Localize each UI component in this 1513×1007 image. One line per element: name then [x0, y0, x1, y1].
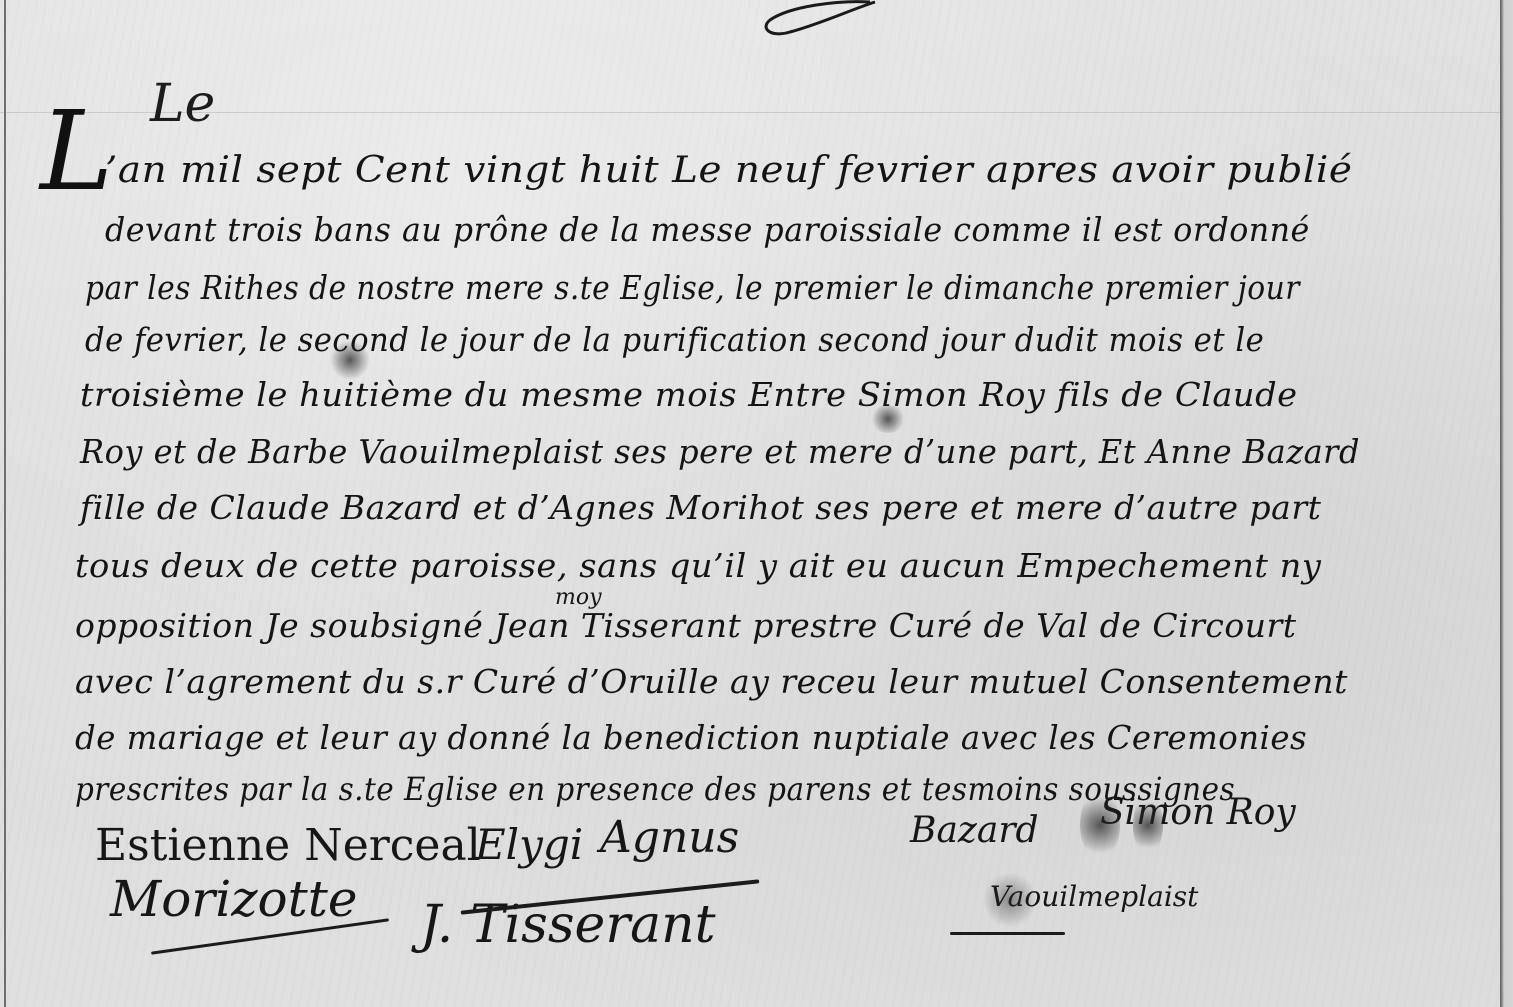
text-line-5: troisième le huitième du mesme mois Entr… — [80, 375, 1298, 414]
signature-bazard: Bazard — [910, 810, 1039, 851]
text-line-8: tous deux de cette paroisse, sans qu’il … — [75, 546, 1321, 585]
signature-j-tisserant: J. Tisserant — [420, 895, 716, 955]
page-left-edge — [4, 0, 6, 1007]
text-line-1: ’an mil sept Cent vingt huit Le neuf fev… — [105, 150, 1352, 191]
text-line-7: fille de Claude Bazard et d’Agnes Moriho… — [80, 488, 1321, 527]
text-line-2: devant trois bans au prône de la messe p… — [105, 210, 1310, 249]
pen-flourish-icon — [760, 0, 880, 40]
signature-estienne-nerceal: Estienne Nerceal — [95, 820, 481, 871]
page-binding-edge — [1500, 0, 1513, 1007]
document-page: Le L ’an mil sept Cent vingt huit Le neu… — [0, 0, 1513, 1007]
text-line-11: de mariage et leur ay donné la benedicti… — [75, 718, 1307, 757]
text-line-4: de fevrier, le second le jour de la puri… — [85, 320, 1264, 359]
text-line-10: avec l’agrement du s.r Curé d’Oruille ay… — [75, 662, 1348, 701]
ink-blot — [985, 870, 1035, 930]
initial-letter: L — [40, 96, 113, 206]
signature-agnus: Agnus — [600, 812, 739, 863]
signature-simon-roy: Simon Roy — [1100, 792, 1296, 833]
signature-elygi: Elygi — [475, 820, 583, 869]
signature-underline — [950, 932, 1065, 935]
text-line-3: par les Rithes de nostre mere s.te Eglis… — [85, 268, 1300, 307]
ink-blot — [870, 405, 906, 433]
text-line-12: prescrites par la s.te Eglise en presenc… — [75, 770, 1235, 808]
ink-blot — [1133, 795, 1163, 855]
ink-blot — [330, 340, 370, 380]
ink-blot — [1080, 790, 1120, 860]
margin-note: Le — [150, 74, 215, 134]
ruled-line — [0, 112, 1500, 113]
signature-morizotte: Morizotte — [110, 870, 357, 928]
text-line-9: opposition Je soubsigné Jean Tisserant p… — [75, 606, 1297, 645]
text-line-6: Roy et de Barbe Vaouilmeplaist ses pere … — [80, 432, 1360, 471]
